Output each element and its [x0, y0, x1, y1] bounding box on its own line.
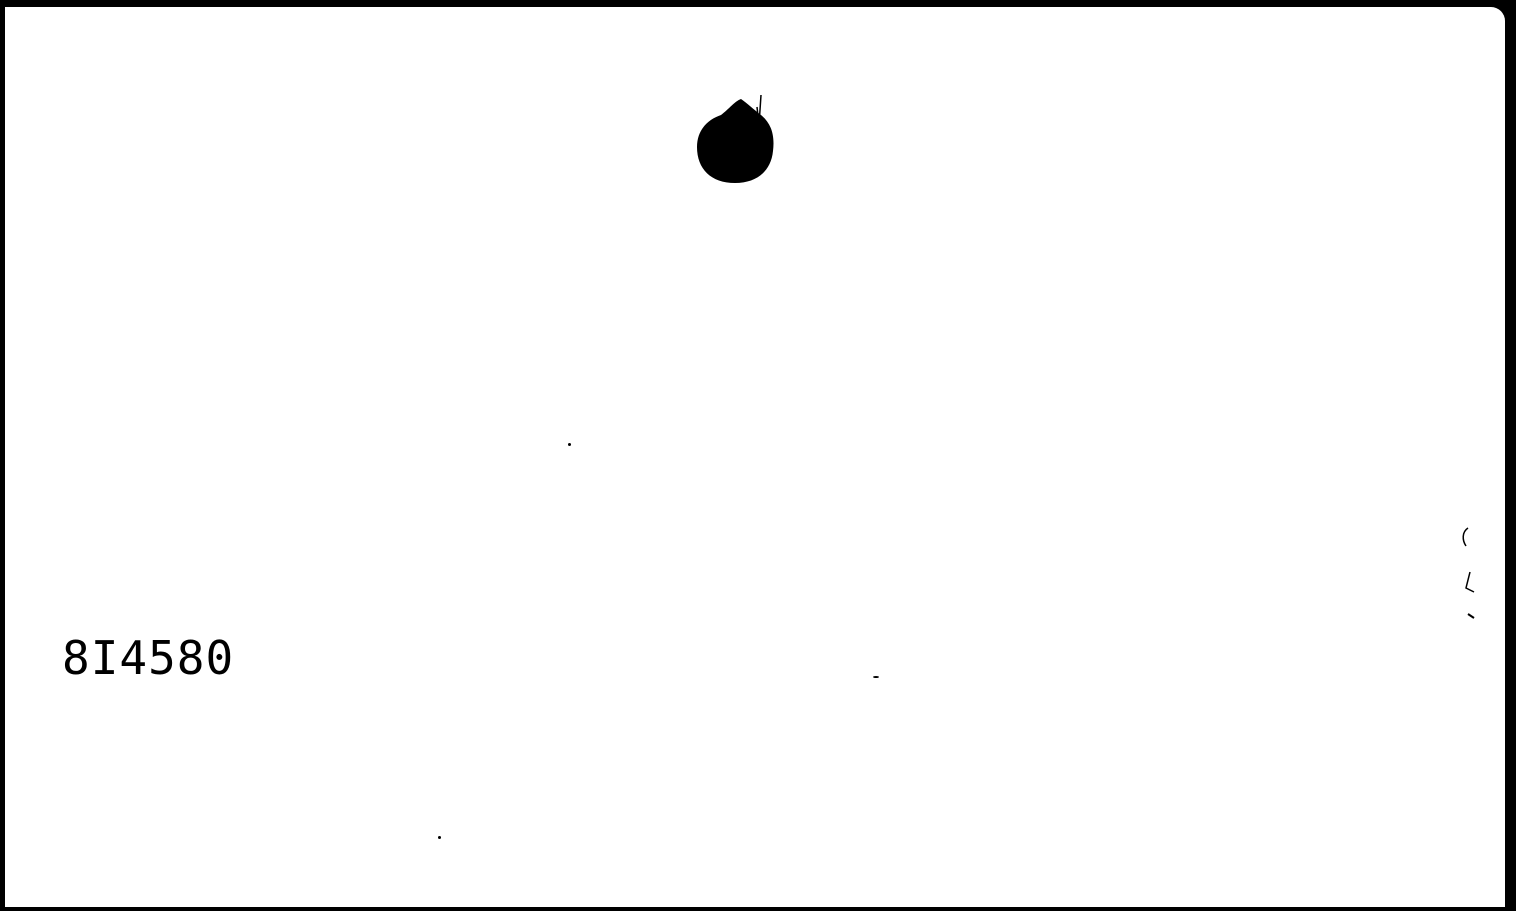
scanned-card: 8I4580: [5, 7, 1505, 907]
speck: [873, 676, 879, 678]
speck: [568, 443, 571, 446]
punched-hole-icon: [695, 95, 775, 187]
speck: [438, 836, 441, 839]
faint-marks: [1460, 522, 1490, 622]
card-number: 8I4580: [62, 635, 234, 681]
